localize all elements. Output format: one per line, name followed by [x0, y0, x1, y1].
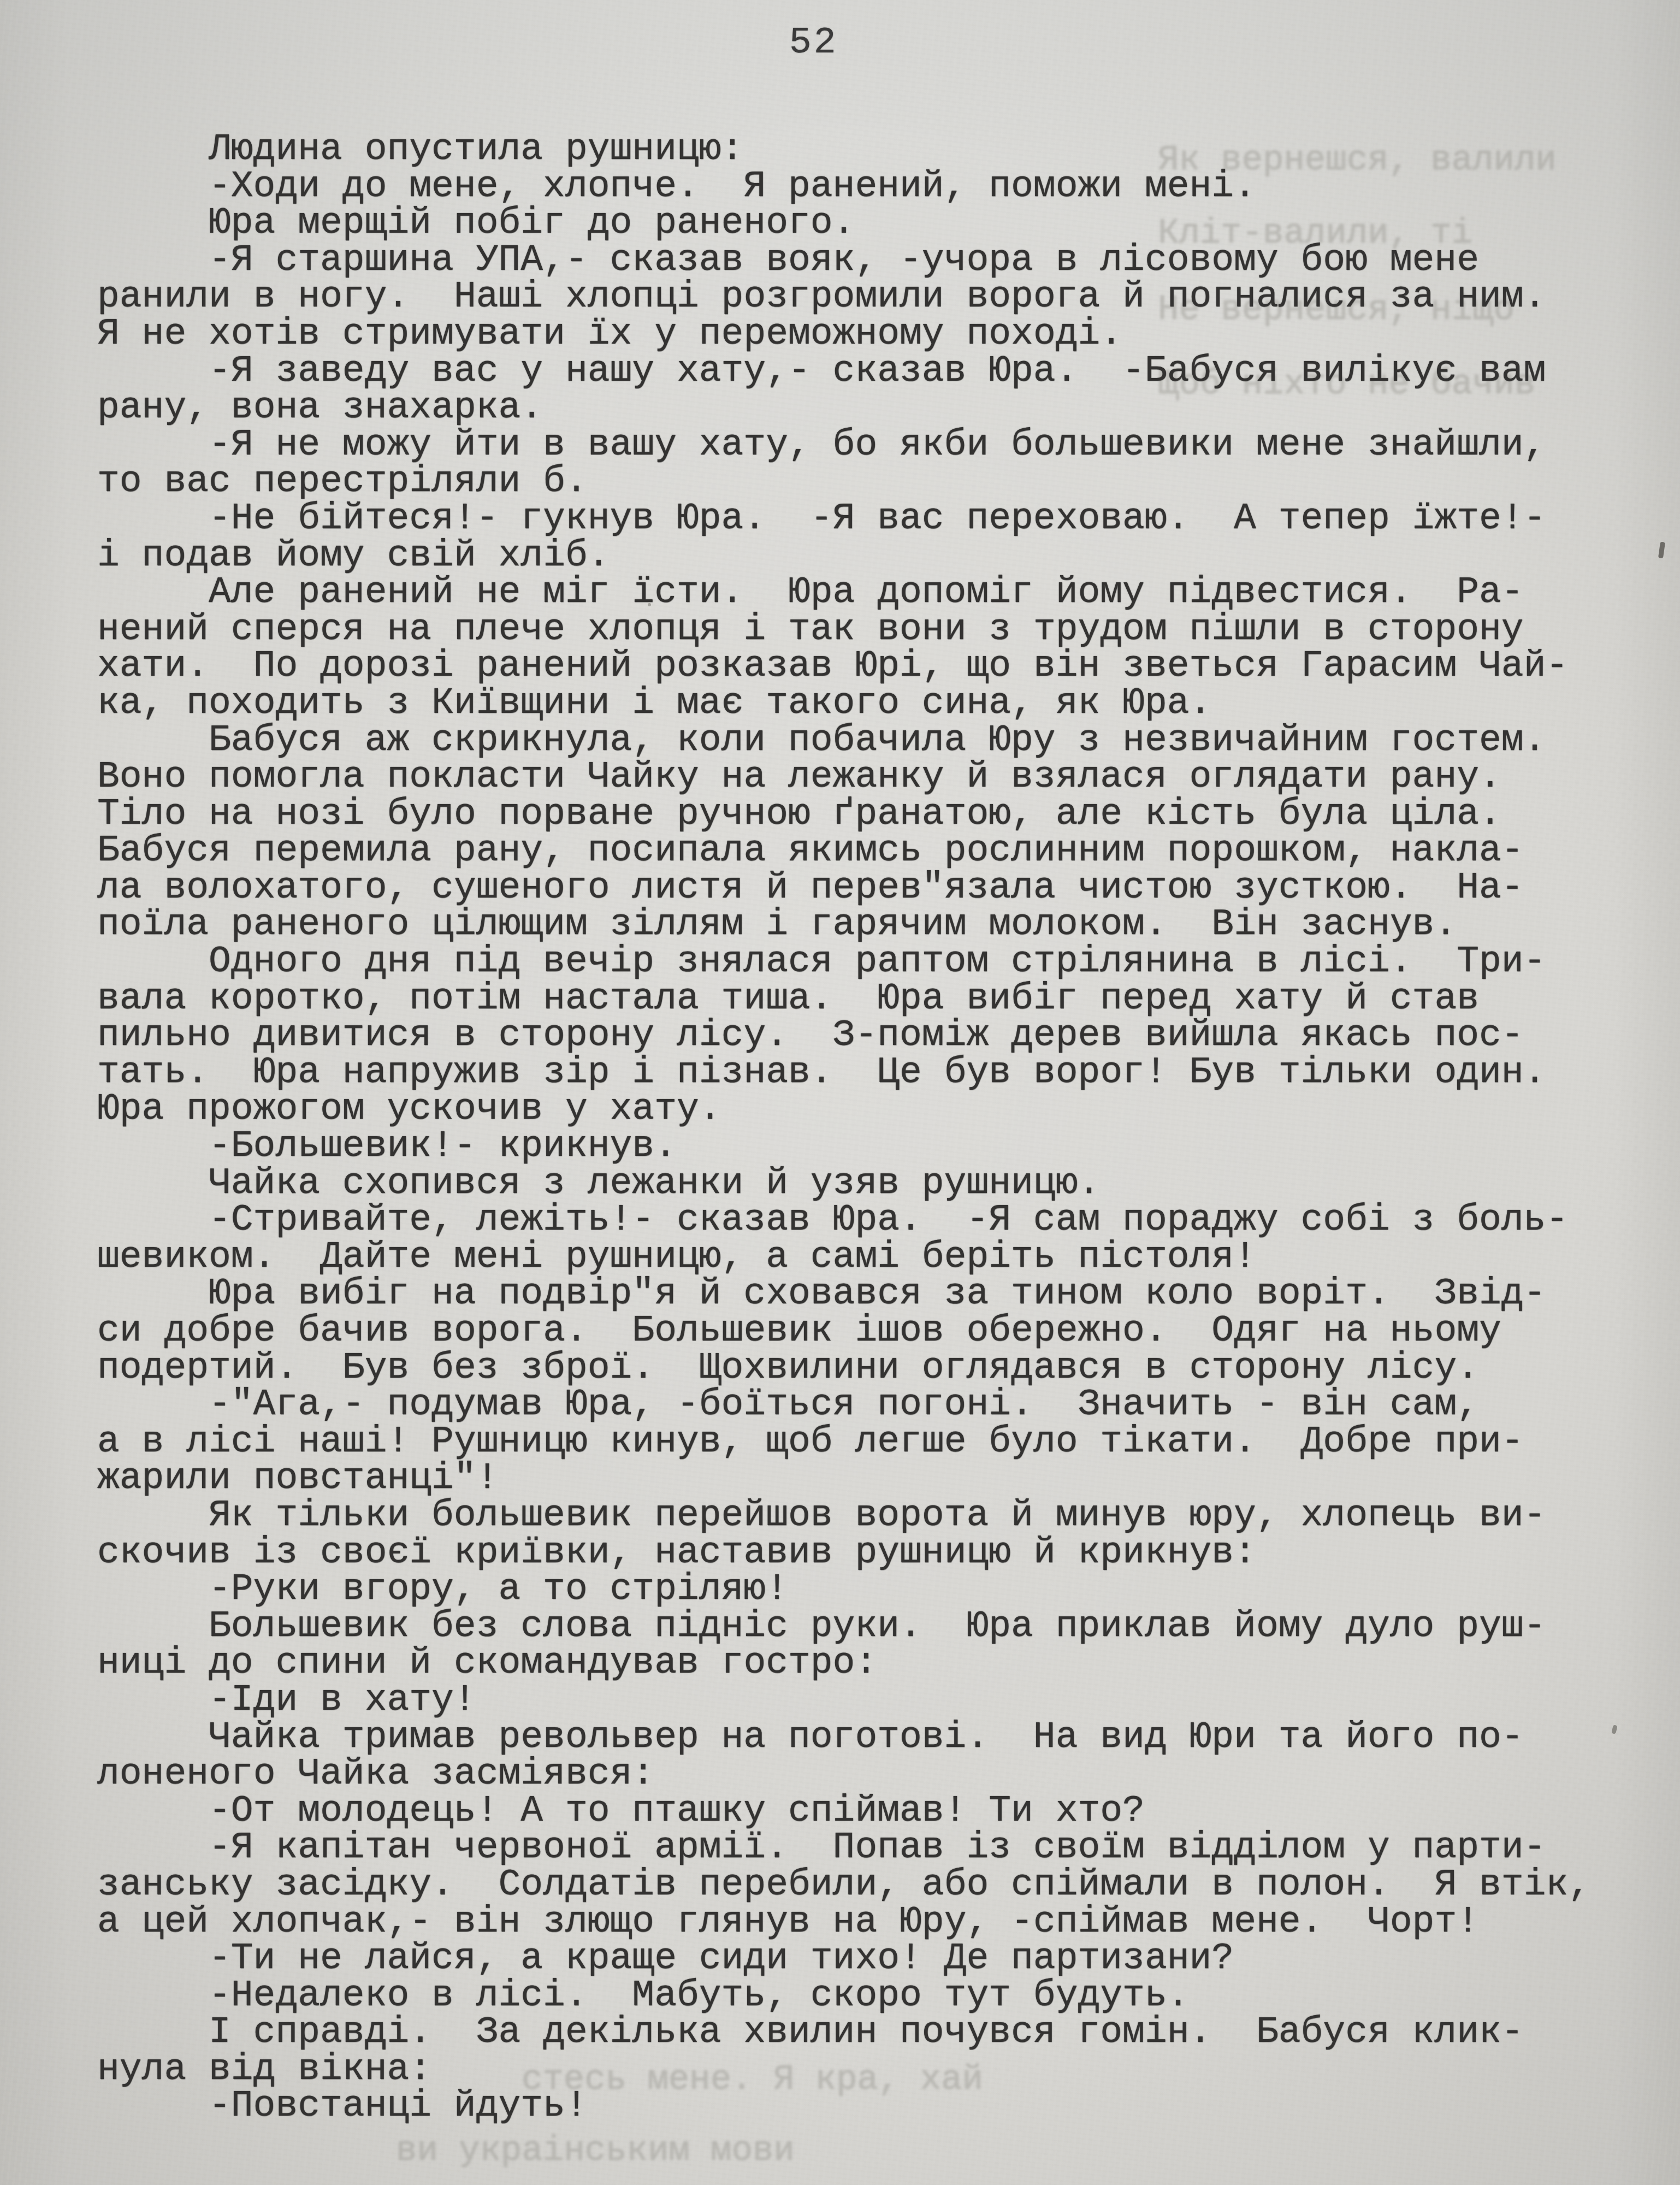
text-line: -От молодець! А то пташку спіймав! Ти хт…: [97, 1793, 1659, 1830]
text-line: -Стривайте, лежіть!- сказав Юра. -Я сам …: [97, 1202, 1659, 1239]
text-line: Але ранений не міг їсти. Юра допоміг йом…: [97, 574, 1659, 611]
text-line: -"Ага,- подумав Юра, -боїться погоні. Зн…: [97, 1386, 1659, 1424]
text-line: нула від вікна:: [97, 2051, 1659, 2088]
text-line: -Руки вгору, а то стріляю!: [97, 1571, 1659, 1608]
text-line: подертий. Був без зброї. Щохвилини огляд…: [97, 1350, 1659, 1387]
ink-speck: [648, 603, 651, 606]
text-line: хати. По дорозі ранений розказав Юрі, що…: [97, 648, 1659, 685]
text-line: нений сперся на плече хлопця і так вони …: [97, 611, 1659, 648]
text-line: занську засідку. Солдатів перебили, або …: [97, 1867, 1659, 1904]
text-line: то вас перестріляли б.: [97, 463, 1659, 500]
text-line: -Ходи до мене, хлопче. Я ранений, поможи…: [97, 168, 1659, 205]
text-line: Большевик без слова підніс руки. Юра при…: [97, 1608, 1659, 1645]
text-line: рану, вона знахарка.: [97, 389, 1659, 427]
text-line: шевиком. Дайте мені рушницю, а самі бері…: [97, 1239, 1659, 1276]
text-line: -Недалеко в лісі. Мабуть, скоро тут буду…: [97, 1977, 1659, 2015]
text-line: ранили в ногу. Наші хлопці розгромили во…: [97, 279, 1659, 316]
text-line: Юра мерщій побіг до раненого.: [97, 205, 1659, 242]
text-line: І справді. За декілька хвилин почувся го…: [97, 2014, 1659, 2051]
text-line: поїла раненого цілющим зіллям і гарячим …: [97, 906, 1659, 943]
text-line: пильно дивитися в сторону лісу. З-поміж …: [97, 1017, 1659, 1054]
text-line: жарили повстанці"!: [97, 1460, 1659, 1497]
text-line: Чайка схопився з лежанки й узяв рушницю.: [97, 1165, 1659, 1202]
text-line: лоненого Чайка засміявся:: [97, 1756, 1659, 1793]
text-line: а в лісі наші! Рушницю кинув, щоб легше …: [97, 1424, 1659, 1461]
text-line: Юра вибіг на подвір"я й сховався за тино…: [97, 1275, 1659, 1313]
text-line: си добре бачив ворога. Большевик ішов об…: [97, 1313, 1659, 1350]
text-line: ниці до спини й скомандував гостро:: [97, 1645, 1659, 1682]
text-line: -Не бійтеся!- гукнув Юра. -Я вас перехов…: [97, 500, 1659, 538]
text-line: Людина опустила рушницю:: [97, 131, 1659, 168]
text-line: -Іди в хату!: [97, 1682, 1659, 1719]
text-line: Одного дня під вечір знялася раптом стрі…: [97, 943, 1659, 981]
text-line: Бабуся перемила рану, посипала якимсь ро…: [97, 832, 1659, 870]
text-line: Тіло на нозі було порване ручною ґранато…: [97, 796, 1659, 833]
text-line: -Я капітан червоної армії. Попав із свої…: [97, 1829, 1659, 1867]
bleedthrough-text: ви украінським мови: [396, 2131, 795, 2171]
text-line: і подав йому свій хліб.: [97, 538, 1659, 575]
text-line: -Я заведу вас у нашу хату,- сказав Юра. …: [97, 353, 1659, 390]
text-line: Як тільки большевик перейшов ворота й ми…: [97, 1497, 1659, 1534]
page-number: 52: [789, 22, 838, 64]
text-line: вала коротко, потім настала тиша. Юра ви…: [97, 981, 1659, 1018]
text-line: Бабуся аж скрикнула, коли побачила Юру з…: [97, 722, 1659, 759]
text-line: -Большевик!- крикнув.: [97, 1128, 1659, 1165]
typewritten-text-body: Людина опустила рушницю:-Ходи до мене, х…: [97, 131, 1659, 2125]
scanned-typewritten-page: Як вернешся, валилиКліт-валили, тіНе вер…: [0, 0, 1680, 2185]
text-line: скочив із своєї криївки, наставив рушниц…: [97, 1534, 1659, 1572]
text-line: Юра прожогом ускочив у хату.: [97, 1091, 1659, 1128]
text-line: -Повстанці йдуть!: [97, 2088, 1659, 2125]
text-line: Я не хотів стримувати їх у переможному п…: [97, 316, 1659, 353]
text-line: -Ти не лайся, а краще сиди тихо! Де парт…: [97, 1940, 1659, 1977]
text-line: Чайка тримав револьвер на поготові. На в…: [97, 1719, 1659, 1756]
text-line: а цей хлопчак,- він злющо глянув на Юру,…: [97, 1904, 1659, 1941]
text-line: -Я не можу йти в вашу хату, бо якби боль…: [97, 427, 1659, 464]
text-line: -Я старшина УПА,- сказав вояк, -учора в …: [97, 242, 1659, 279]
text-line: тать. Юра напружив зір і пізнав. Це був …: [97, 1054, 1659, 1091]
text-line: ла волохатого, сушеного листя й перев"яз…: [97, 870, 1659, 907]
text-line: ка, походить з Київщини і має такого син…: [97, 685, 1659, 722]
text-line: Воно помогла покласти Чайку на лежанку й…: [97, 759, 1659, 796]
